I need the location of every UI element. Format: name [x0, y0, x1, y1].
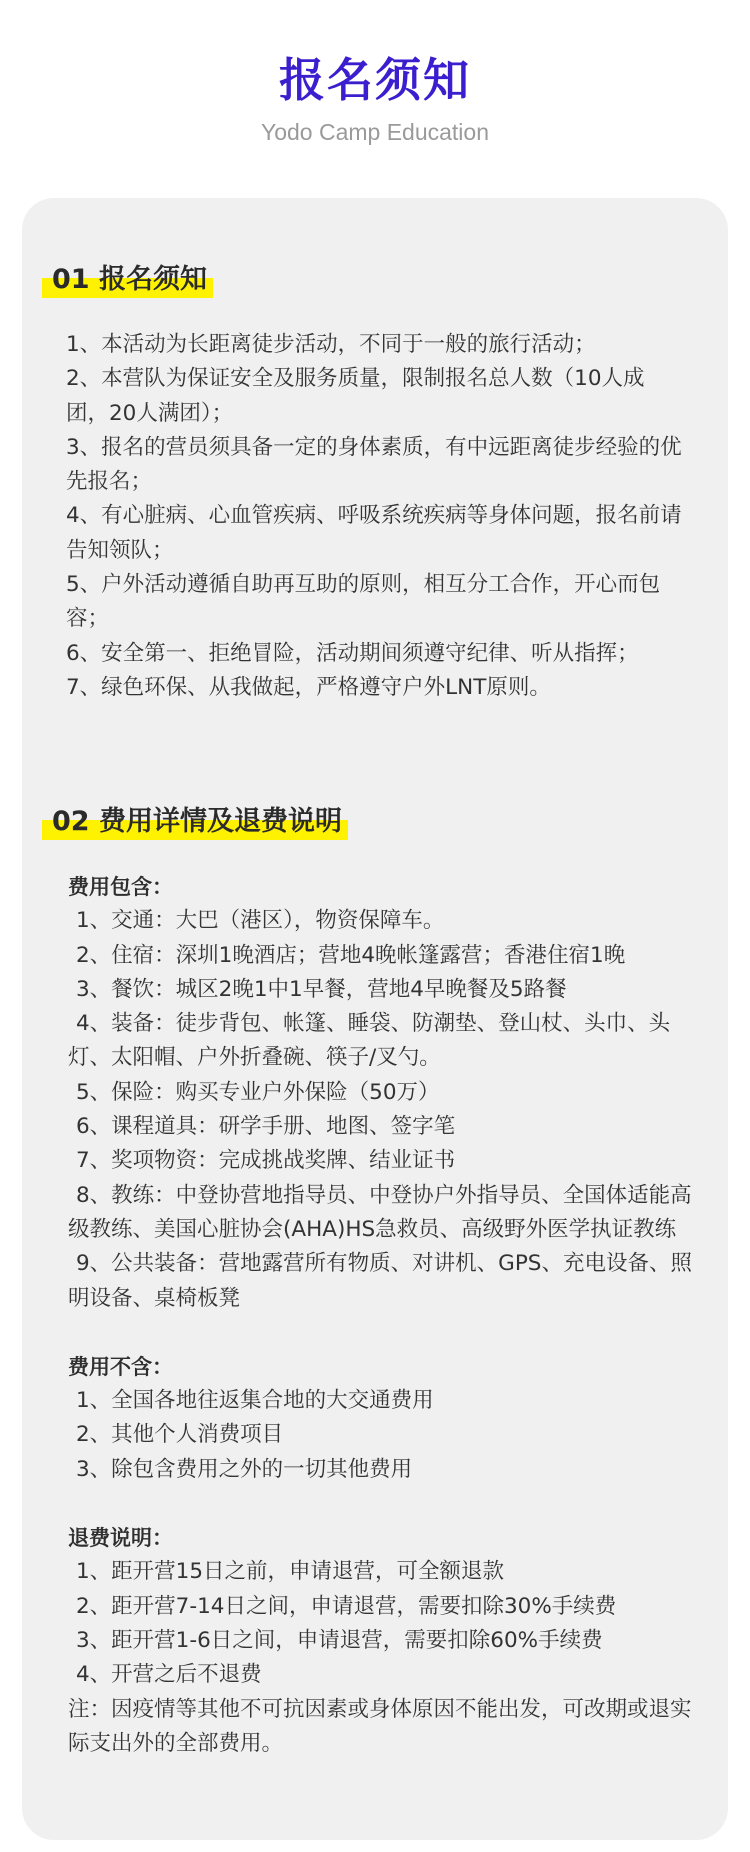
list-item: 7、绿色环保、从我做起，严格遵守户外LNT原则。: [66, 671, 686, 705]
fee-details: 费用包含： 1、交通：大巴（港区），物资保障车。 2、住宿：深圳1晚酒店；营地4…: [68, 870, 694, 1761]
registration-notice-list: 1、本活动为长距离徒步活动，不同于一般的旅行活动； 2、本营队为保证安全及服务质…: [66, 328, 686, 705]
list-item: 1、全国各地往返集合地的大交通费用: [68, 1384, 694, 1418]
fee-included-label: 费用包含：: [68, 870, 694, 904]
section-heading-text: 02 费用详情及退费说明: [42, 804, 348, 840]
list-item: 4、有心脏病、心血管疾病、呼吸系统疾病等身体问题，报名前请告知领队；: [66, 499, 686, 568]
list-item: 1、距开营15日之前，申请退营，可全额退款: [68, 1555, 694, 1589]
list-item: 1、交通：大巴（港区），物资保障车。: [68, 904, 694, 938]
list-item-text: 9、公共装备：营地露营所有物质、对讲机、GPS、充电设备、照明设备、桌椅板凳: [68, 1251, 692, 1310]
list-item: 8、教练：中登协营地指导员、中登协户外指导员、全国体适能高级教练、美国心脏协会(…: [68, 1179, 694, 1248]
fee-excluded-label: 费用不含：: [68, 1350, 694, 1384]
list-item: 2、距开营7-14日之间，申请退营，需要扣除30%手续费: [68, 1590, 694, 1624]
list-item: 3、除包含费用之外的一切其他费用: [68, 1453, 694, 1487]
list-item: 2、住宿：深圳1晚酒店；营地4晚帐篷露营；香港住宿1晚: [68, 939, 694, 973]
list-item: 5、保险：购买专业户外保险（50万）: [68, 1076, 694, 1110]
list-item: 3、餐饮：城区2晚1中1早餐，营地4早晚餐及5路餐: [68, 973, 694, 1007]
refund-note: 注：因疫情等其他不可抗因素或身体原因不能出发，可改期或退实际支出外的全部费用。: [68, 1693, 694, 1762]
spacer: [68, 1316, 694, 1350]
page-subtitle: Yodo Camp Education: [0, 117, 750, 147]
list-item: 1、本活动为长距离徒步活动，不同于一般的旅行活动；: [66, 328, 686, 362]
list-item: 6、安全第一、拒绝冒险，活动期间须遵守纪律、听从指挥；: [66, 637, 686, 671]
page-title: 报名须知: [0, 50, 750, 110]
section-heading-fees: 02 费用详情及退费说明: [42, 804, 348, 840]
section-heading-registration: 01 报名须知: [42, 262, 213, 298]
list-item: 2、其他个人消费项目: [68, 1418, 694, 1452]
list-item: 3、距开营1-6日之间，申请退营，需要扣除60%手续费: [68, 1624, 694, 1658]
list-item: 6、课程道具：研学手册、地图、签字笔: [68, 1110, 694, 1144]
list-item: 3、报名的营员须具备一定的身体素质，有中远距离徒步经验的优先报名；: [66, 431, 686, 500]
list-item: 4、开营之后不退费: [68, 1658, 694, 1692]
list-item-text: 4、装备：徒步背包、帐篷、睡袋、防潮垫、登山杖、头巾、头灯、太阳帽、户外折叠碗、…: [68, 1011, 670, 1070]
list-item: 7、奖项物资：完成挑战奖牌、结业证书: [68, 1144, 694, 1178]
list-item: 2、本营队为保证安全及服务质量，限制报名总人数（10人成团，20人满团）；: [66, 362, 686, 431]
list-item: 4、装备：徒步背包、帐篷、睡袋、防潮垫、登山杖、头巾、头灯、太阳帽、户外折叠碗、…: [68, 1007, 694, 1076]
list-item: 5、户外活动遵循自助再互助的原则，相互分工合作，开心而包容；: [66, 568, 686, 637]
list-item-text: 8、教练：中登协营地指导员、中登协户外指导员、全国体适能高级教练、美国心脏协会(…: [68, 1183, 692, 1242]
refund-label: 退费说明：: [68, 1521, 694, 1555]
section-heading-text: 01 报名须知: [42, 262, 213, 298]
list-item: 9、公共装备：营地露营所有物质、对讲机、GPS、充电设备、照明设备、桌椅板凳: [68, 1247, 694, 1316]
spacer: [68, 1487, 694, 1521]
